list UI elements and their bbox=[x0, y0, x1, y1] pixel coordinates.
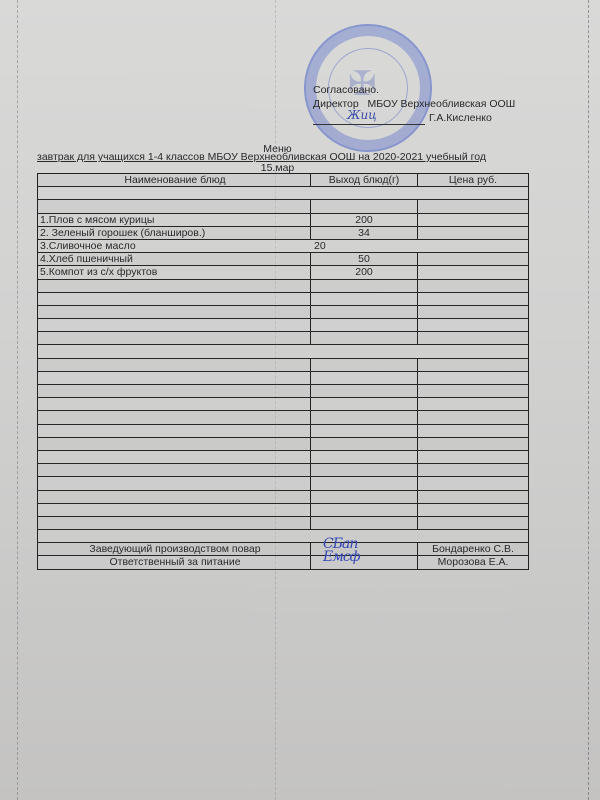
signature-name: Бондаренко С.В. bbox=[418, 543, 528, 555]
table-row-empty bbox=[38, 332, 528, 345]
table-row: 1.Плов с мясом курицы 200 bbox=[38, 214, 528, 227]
paper-perforation-left bbox=[17, 0, 18, 800]
table-row: 4.Хлеб пшеничный 50 bbox=[38, 253, 528, 266]
director-name: Г.А.Кисленко bbox=[429, 112, 492, 124]
table-row-empty bbox=[38, 200, 528, 213]
dish-price bbox=[418, 253, 528, 265]
table-header: Наименование блюд Выход блюд(г) Цена руб… bbox=[38, 174, 528, 187]
table-row-empty bbox=[38, 504, 528, 517]
table-row-empty bbox=[38, 517, 528, 530]
table-row-empty-merged bbox=[38, 187, 528, 200]
handwritten-signature: СБап bbox=[323, 538, 357, 550]
menu-table: Наименование блюд Выход блюд(г) Цена руб… bbox=[37, 173, 529, 570]
signature-role: Заведующий производством повар bbox=[38, 543, 311, 555]
dish-price bbox=[418, 240, 528, 252]
signature-row: Ответственный за питание Емсф Морозова Е… bbox=[38, 556, 528, 569]
column-header-dish: Наименование блюд bbox=[38, 174, 311, 186]
table-row-empty-merged bbox=[38, 530, 528, 543]
approval-label: Согласовано. bbox=[313, 83, 515, 97]
dish-yield: 50 bbox=[311, 253, 418, 265]
table-row-empty-merged bbox=[38, 345, 528, 358]
approval-block: Согласовано. Директор МБОУ Верхнеобливск… bbox=[313, 83, 515, 125]
table-row-empty bbox=[38, 477, 528, 490]
director-signature: Жиц bbox=[347, 108, 377, 122]
dish-price bbox=[418, 266, 528, 278]
table-row-empty bbox=[38, 411, 528, 424]
table-row-empty bbox=[38, 372, 528, 385]
table-row-empty bbox=[38, 293, 528, 306]
table-row-empty bbox=[38, 385, 528, 398]
table-row-empty bbox=[38, 491, 528, 504]
signature-line: Жиц bbox=[313, 114, 425, 125]
table-row-empty bbox=[38, 451, 528, 464]
table-row-empty bbox=[38, 438, 528, 451]
table-row-empty bbox=[38, 398, 528, 411]
director-signature-line: ЖицГ.А.Кисленко bbox=[313, 111, 515, 125]
dish-price bbox=[418, 214, 528, 226]
dish-name: 3.Сливочное масло bbox=[40, 240, 304, 252]
signature-name: Морозова Е.А. bbox=[418, 556, 528, 568]
table-row: 3.Сливочное масло 20 bbox=[38, 240, 528, 253]
table-row: 5.Компот из с/х фруктов 200 bbox=[38, 266, 528, 279]
dish-price bbox=[418, 227, 528, 239]
dish-merged-cell: 3.Сливочное масло 20 bbox=[38, 240, 418, 252]
column-header-yield: Выход блюд(г) bbox=[311, 174, 418, 186]
dish-yield: 200 bbox=[311, 214, 418, 226]
table-row-empty bbox=[38, 464, 528, 477]
dish-yield: 200 bbox=[311, 266, 418, 278]
table-row-empty bbox=[38, 280, 528, 293]
table-row-empty bbox=[38, 319, 528, 332]
table-row: 2. Зеленый горошек (бланширов.) 34 bbox=[38, 227, 528, 240]
table-row-empty bbox=[38, 359, 528, 372]
paper-perforation-right bbox=[588, 0, 589, 800]
table-row-empty bbox=[38, 425, 528, 438]
dish-name: 4.Хлеб пшеничный bbox=[38, 253, 311, 265]
director-title: Директор МБОУ Верхнеобливская ООШ bbox=[313, 97, 515, 111]
dish-name: 1.Плов с мясом курицы bbox=[38, 214, 311, 226]
handwritten-signature: Емсф bbox=[323, 551, 360, 563]
signature-row: Заведующий производством повар СБап Бонд… bbox=[38, 543, 528, 556]
column-header-price: Цена руб. bbox=[418, 174, 528, 186]
signature-cell: Емсф bbox=[311, 556, 418, 568]
signature-role: Ответственный за питание bbox=[38, 556, 311, 568]
dish-yield: 20 bbox=[304, 240, 326, 252]
dish-yield: 34 bbox=[311, 227, 418, 239]
table-row-empty bbox=[38, 306, 528, 319]
dish-name: 5.Компот из с/х фруктов bbox=[38, 266, 311, 278]
dish-name: 2. Зеленый горошек (бланширов.) bbox=[38, 227, 311, 239]
